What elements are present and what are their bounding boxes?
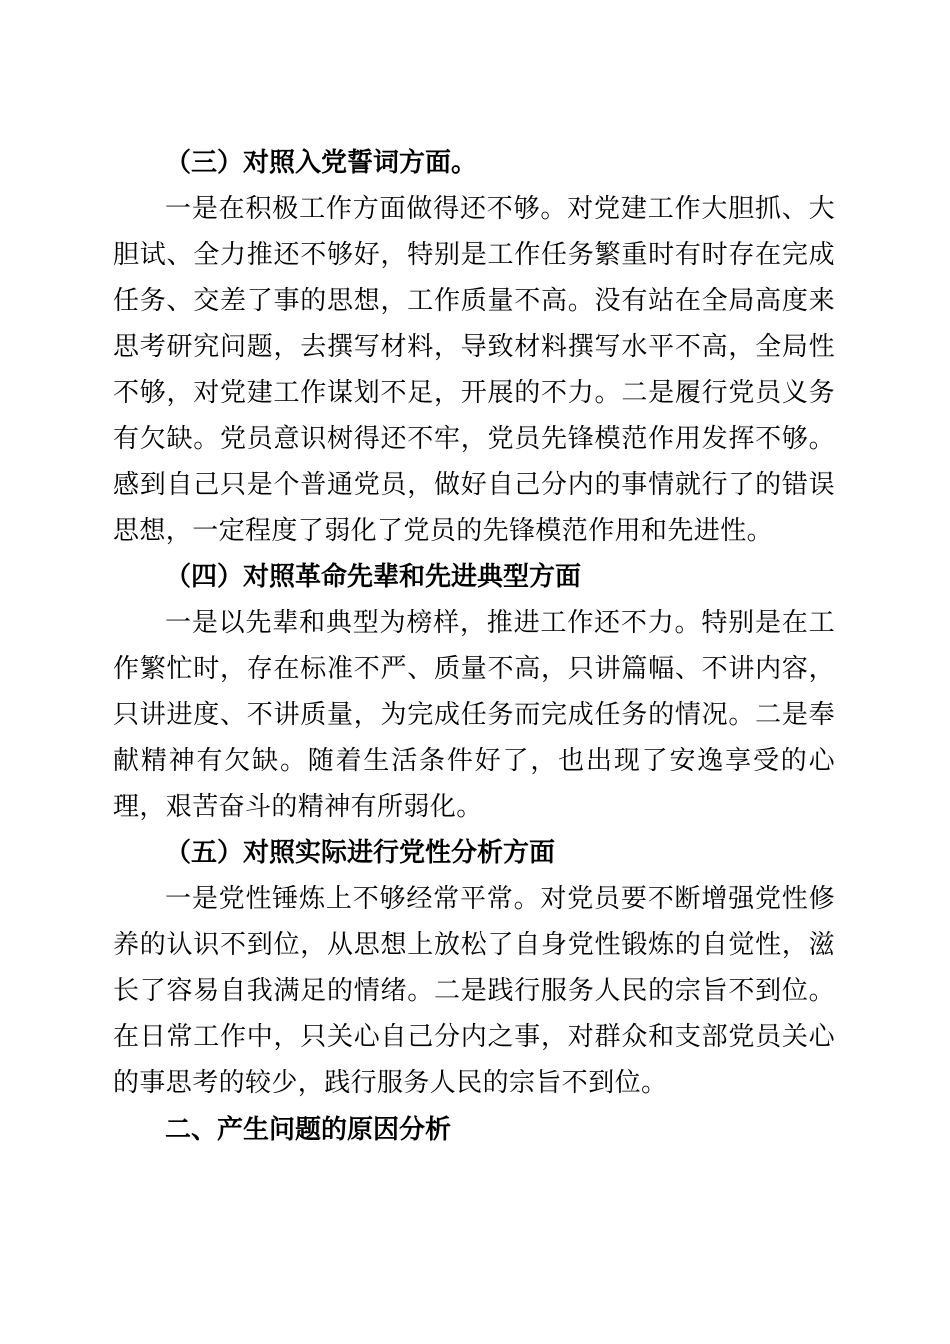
paragraph-section-4: 一是以先辈和典型为榜样，推进工作还不力。特别是在工作繁忙时，存在标准不严、质量不… — [113, 600, 835, 830]
paragraph-section-5: 一是党性锤炼上不够经常平常。对党员要不断增强党性修养的认识不到位，从思想上放松了… — [113, 876, 835, 1106]
main-heading-part-2: 二、产生问题的原因分析 — [113, 1106, 835, 1152]
subheading-section-5: （五）对照实际进行党性分析方面 — [113, 830, 835, 876]
subheading-section-4: （四）对照革命先辈和先进典型方面 — [113, 554, 835, 600]
paragraph-section-3: 一是在积极工作方面做得还不够。对党建工作大胆抓、大胆试、全力推还不够好，特别是工… — [113, 186, 835, 554]
page-content: （三）对照入党誓词方面。 一是在积极工作方面做得还不够。对党建工作大胆抓、大胆试… — [113, 140, 835, 1152]
subheading-section-3: （三）对照入党誓词方面。 — [113, 140, 835, 186]
document-page: （三）对照入党誓词方面。 一是在积极工作方面做得还不够。对党建工作大胆抓、大胆试… — [0, 0, 950, 1344]
